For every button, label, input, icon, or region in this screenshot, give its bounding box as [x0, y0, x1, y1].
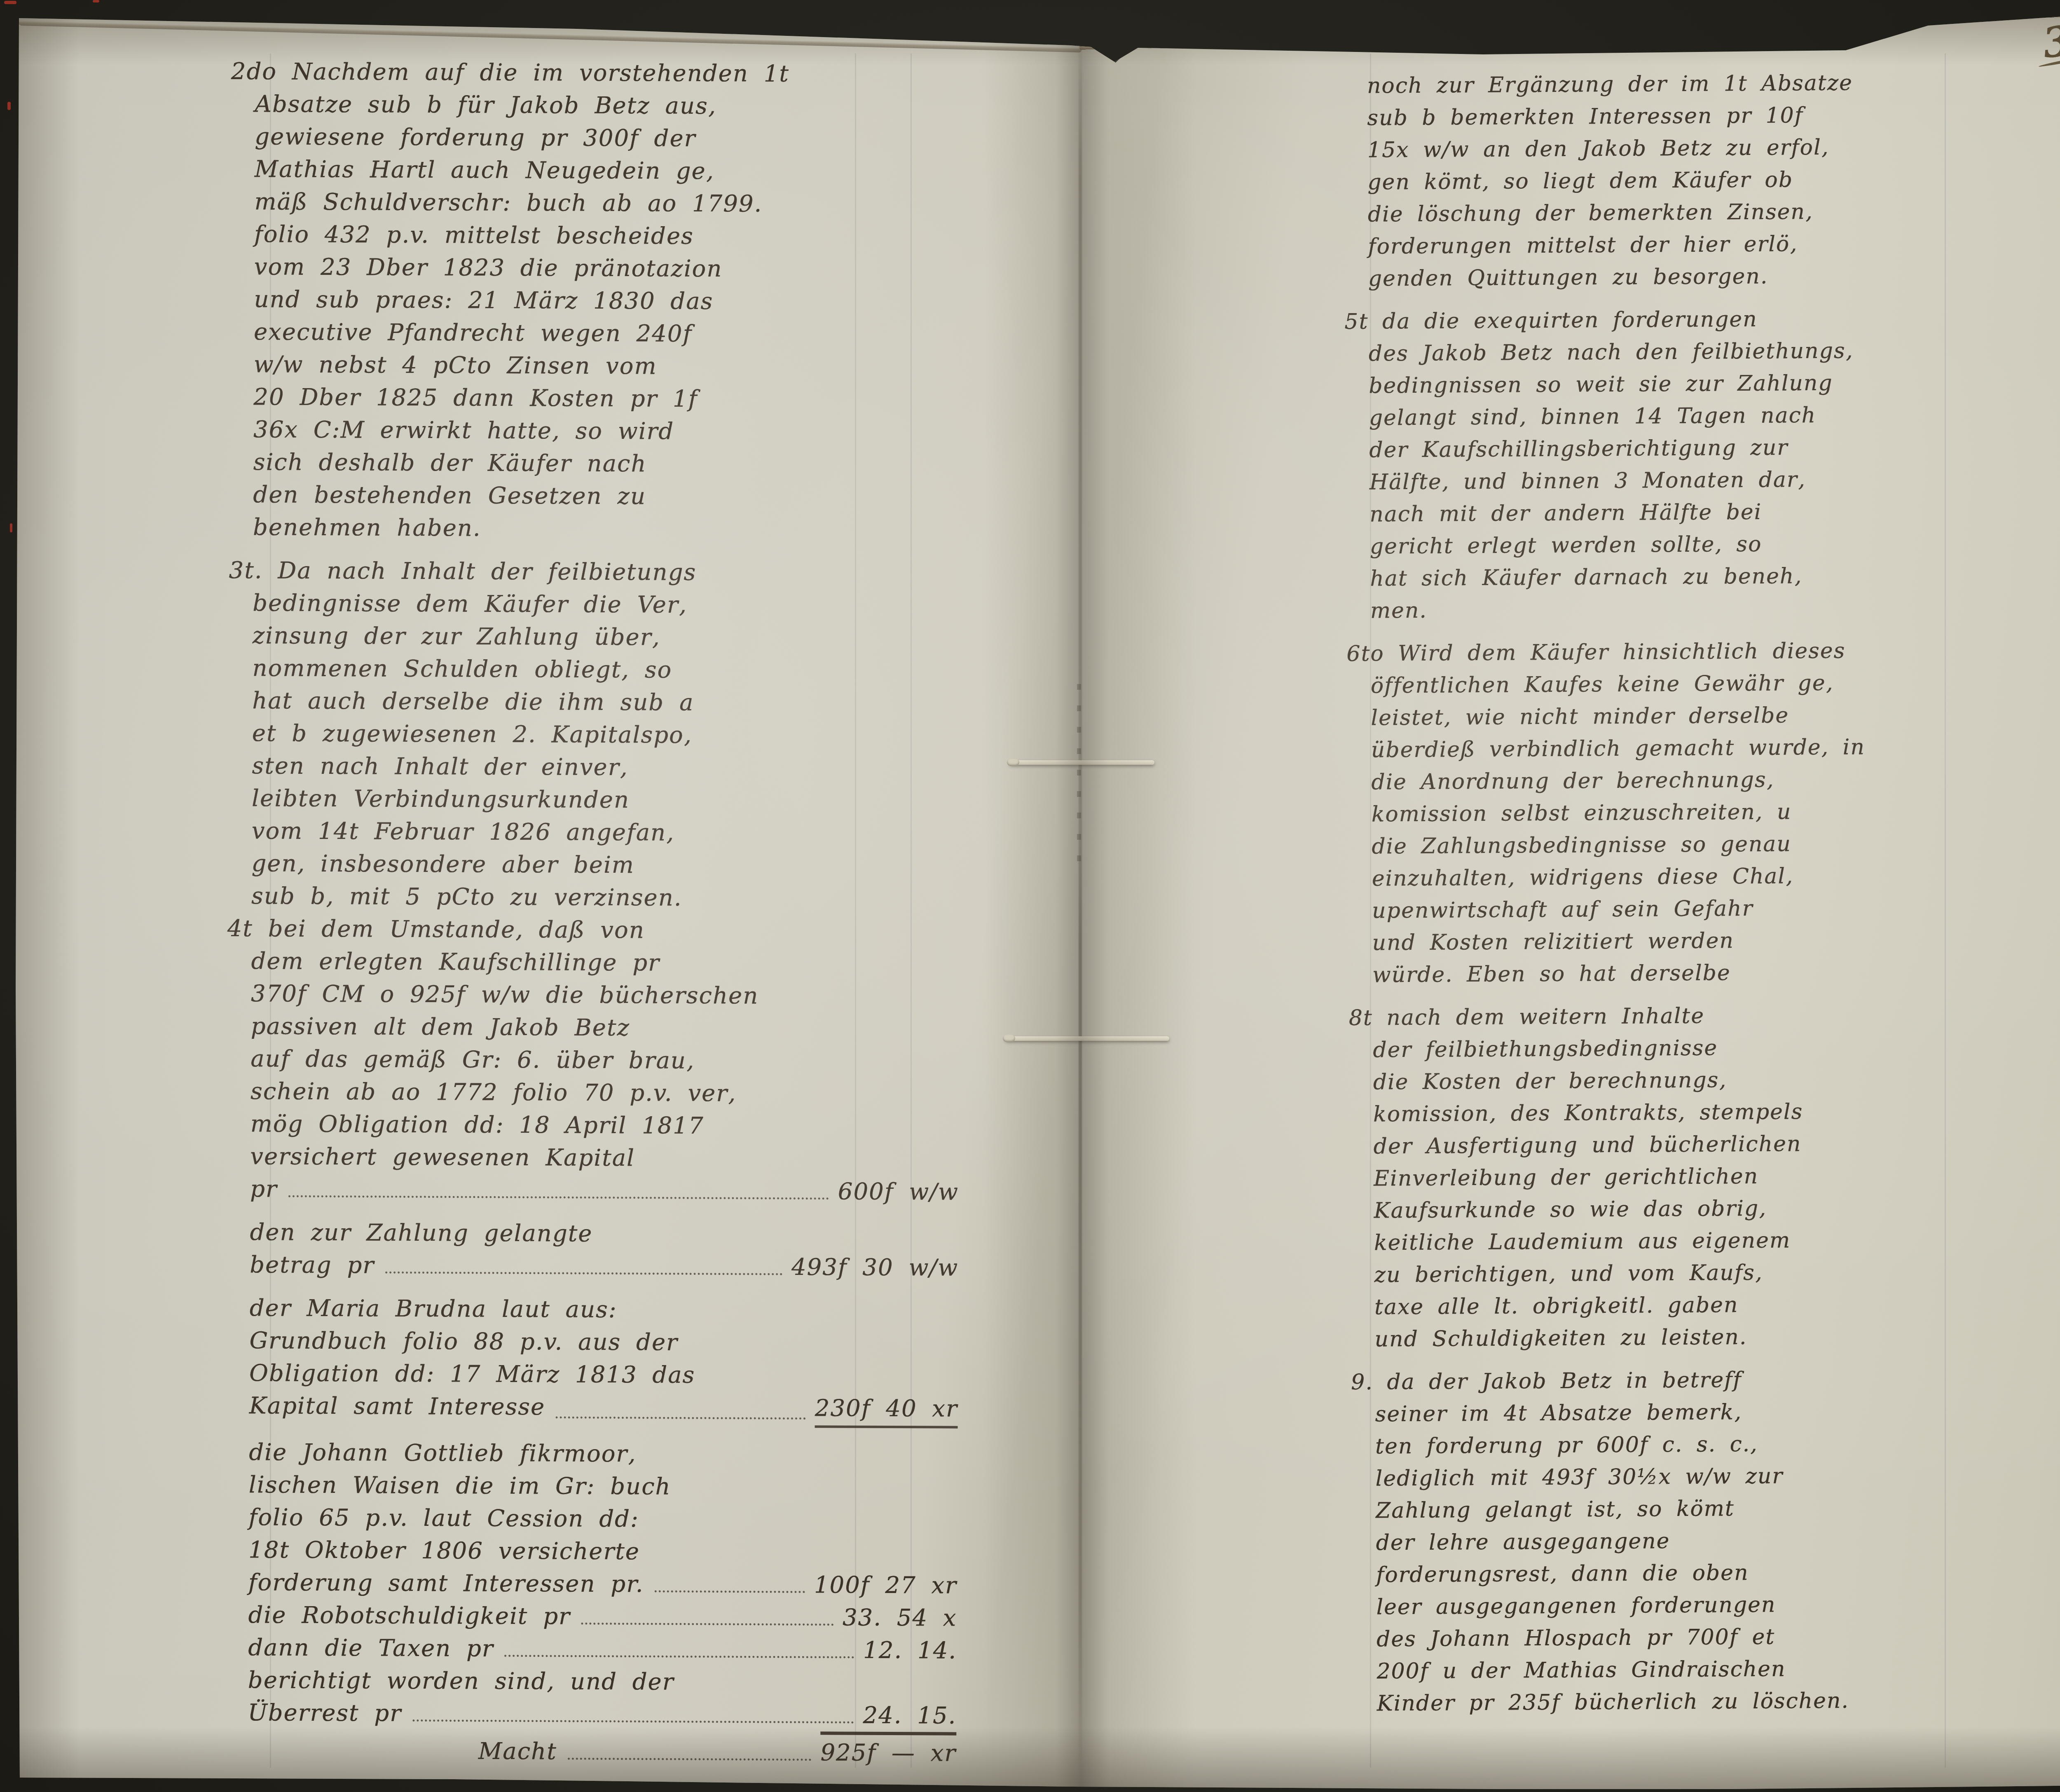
line-text: 370f CM o 925f w/w die bücherschen	[251, 977, 759, 1012]
line-text: sub b bemerkten Interessen pr 10f	[1367, 99, 1803, 134]
line-text: 5t da die exequirten forderungen	[1344, 303, 1758, 338]
left-page-text: 2do Nachdem auf die im vorstehenden 1tAb…	[248, 55, 964, 1769]
line-text: Einverleibung der gerichtlichen	[1374, 1160, 1758, 1195]
line-text: Kinder pr 235f bücherlich zu löschen.	[1377, 1684, 1849, 1719]
manuscript-line: forderung samt Interessen pr.100f 27 xr	[248, 1566, 957, 1602]
manuscript-line: bedingnisse dem Käufer die Ver‚	[253, 587, 961, 623]
manuscript-line: folio 432 p.v. mittelst bescheides	[254, 218, 963, 254]
line-text: pr	[250, 1173, 278, 1205]
amount-value: 230f 40 xr	[815, 1392, 958, 1429]
line-text: lischen Waisen die im Gr: buch	[249, 1469, 671, 1503]
dot-leader	[568, 1758, 812, 1761]
manuscript-line: 370f CM o 925f w/w die bücherschen	[251, 977, 960, 1013]
manuscript-line: 8t nach dem weitern Inhalte	[1373, 998, 1983, 1034]
line-text: die löschung der bemerkten Zinsen‚	[1368, 196, 1813, 231]
manuscript-line: seiner im 4t Absatze bemerk‚	[1375, 1394, 1985, 1430]
manuscript-line: Kinder pr 235f bücherlich zu löschen.	[1377, 1684, 1987, 1719]
manuscript-line: zinsung der zur Zahlung über‚	[253, 619, 961, 655]
manuscript-line: 4t bei dem Umstande, daß von	[251, 912, 960, 948]
manuscript-line: der feilbiethungsbedingnisse	[1373, 1030, 1983, 1066]
manuscript-line: folio 65 p.v. laut Cession dd:	[248, 1501, 957, 1537]
line-text: bedingnissen so weit sie zur Zahlung	[1369, 367, 1833, 402]
gutter-ink-smudge	[1077, 684, 1081, 861]
line-text: Mathias Hartl auch Neugedein ge‚	[255, 153, 714, 187]
manuscript-line: executive Pfandrecht wegen 240f	[254, 316, 962, 351]
manuscript-line: pr600f w/w	[250, 1173, 959, 1209]
dot-leader	[655, 1591, 805, 1593]
manuscript-line: upenwirtschaft auf sein Gefahr	[1372, 891, 1982, 927]
manuscript-line: Hälfte, und binnen 3 Monaten dar‚	[1369, 462, 1979, 498]
line-text: Absatze sub b für Jakob Betz aus‚	[255, 88, 716, 122]
manuscript-line: 6to Wird dem Käufer hinsichtlich dieses	[1370, 634, 1980, 670]
line-text: Macht	[478, 1735, 557, 1768]
line-text: gericht erlegt werden sollte, so	[1370, 528, 1762, 563]
line-text: der Ausfertigung und bücherlichen	[1374, 1128, 1802, 1162]
red-edge-mark	[10, 523, 12, 532]
line-text: Überrest pr	[248, 1696, 402, 1730]
line-text: leer ausgegangenen forderungen	[1376, 1589, 1776, 1623]
manuscript-line: versichert gewesenen Kapital	[250, 1140, 959, 1176]
manuscript-line: und Schuldigkeiten zu leisten.	[1374, 1319, 1984, 1355]
line-text: 9. da der Jakob Betz in betreff	[1351, 1364, 1742, 1398]
manuscript-line: und Kosten relizitiert werden	[1372, 923, 1982, 959]
amount-value: 600f w/w	[838, 1175, 959, 1208]
manuscript-line: 15x w/w an den Jakob Betz zu erfol‚	[1367, 131, 1977, 166]
dot-leader	[412, 1719, 854, 1724]
manuscript-line: 2do Nachdem auf die im vorstehenden 1t	[255, 55, 964, 91]
manuscript-line: noch zur Ergänzung der im 1t Absatze	[1367, 66, 1977, 102]
page-number: 38.	[2040, 11, 2060, 65]
amount-value: 24. 15.	[863, 1699, 956, 1732]
manuscript-line: und sub praes: 21 März 1830 das	[254, 283, 962, 319]
line-text: sub b, mit 5 pCto zu verzinsen.	[251, 880, 682, 914]
manuscript-line: sub b bemerkten Interessen pr 10f	[1367, 98, 1977, 134]
manuscript-line: der lehre ausgegangene	[1376, 1523, 1985, 1559]
manuscript-line: keitliche Laudemium aus eigenem	[1374, 1223, 1984, 1259]
manuscript-line: lischen Waisen die im Gr: buch	[249, 1469, 957, 1504]
line-text: der Maria Brudna laut aus:	[250, 1292, 617, 1326]
line-text: Hälfte, und binnen 3 Monaten dar‚	[1369, 464, 1806, 498]
manuscript-line: vom 14t Februar 1826 angefan‚	[252, 815, 960, 850]
line-text: leistet, wie nicht minder derselbe	[1371, 699, 1789, 734]
line-text: men.	[1370, 595, 1428, 627]
line-text: 18t Oktober 1806 versicherte	[248, 1534, 640, 1568]
line-text: sich deshalb der Käufer nach	[253, 446, 647, 480]
line-text: zinsung der zur Zahlung über‚	[253, 619, 660, 654]
line-text: die Zahlungsbedingnisse so genau	[1372, 828, 1791, 862]
manuscript-line: die Zahlungsbedingnisse so genau	[1372, 827, 1981, 862]
line-text: forderung samt Interessen pr.	[248, 1566, 644, 1600]
manuscript-line: 18t Oktober 1806 versicherte	[248, 1534, 957, 1569]
line-text: der feilbiethungsbedingnisse	[1373, 1032, 1718, 1066]
red-edge-mark	[7, 102, 11, 110]
manuscript-line: des Johann Hlospach pr 700f et	[1376, 1619, 1986, 1655]
line-text: Kaufsurkunde so wie das obrig‚	[1374, 1192, 1767, 1227]
line-text: 3t. Da nach Inhalt der feilbietungs	[229, 554, 696, 589]
line-text: hat auch derselbe die ihm sub a	[252, 684, 694, 719]
manuscript-line: zu berichtigen, und vom Kaufs‚	[1374, 1255, 1984, 1291]
manuscript-line: hat sich Käufer darnach zu beneh‚	[1370, 559, 1980, 595]
manuscript-line: w/w nebst 4 pCto Zinsen vom	[254, 348, 962, 384]
manuscript-line: passiven alt dem Jakob Betz	[251, 1010, 960, 1046]
binding-stitch-lower	[1005, 1036, 1169, 1041]
line-text: forderungsrest, dann die oben	[1376, 1557, 1749, 1591]
line-text: die Robotschuldigkeit pr	[248, 1599, 571, 1633]
manuscript-line: der Kaufschillingsberichtigung zur	[1369, 431, 1979, 466]
line-text: dann die Taxen pr	[248, 1631, 494, 1665]
line-text: überdieß verbindlich gemacht wurde, in	[1371, 731, 1865, 766]
manuscript-line: die Johann Gottlieb fikrmoor‚	[249, 1436, 957, 1472]
line-text: die Johann Gottlieb fikrmoor‚	[249, 1436, 636, 1470]
manuscript-line: die Anordnung der berechnungs‚	[1371, 762, 1981, 798]
manuscript-line: sten nach Inhalt der einver‚	[252, 750, 960, 785]
manuscript-line: genden Quittungen zu besorgen.	[1368, 259, 1978, 295]
manuscript-line: benehmen haben.	[253, 511, 962, 547]
line-text: Zahlung gelangt ist, so kömt	[1376, 1492, 1735, 1527]
manuscript-line: 3t. Da nach Inhalt der feilbietungs	[253, 554, 961, 590]
manuscript-line: Zahlung gelangt ist, so kömt	[1376, 1491, 1985, 1527]
line-text: und Schuldigkeiten zu leisten.	[1374, 1321, 1747, 1356]
manuscript-line: öffentlichen Kaufes keine Gewähr ge‚	[1371, 666, 1980, 702]
manuscript-line: vom 23 Dber 1823 die pränotazion	[254, 251, 963, 286]
line-text: vom 23 Dber 1823 die pränotazion	[254, 251, 723, 285]
line-text: des Jakob Betz nach den feilbiethungs‚	[1369, 335, 1854, 370]
line-text: folio 65 p.v. laut Cession dd:	[248, 1501, 639, 1535]
manuscript-line: schein ab ao 1772 folio 70 p.v. ver‚	[250, 1075, 959, 1111]
manuscript-line: die löschung der bemerkten Zinsen‚	[1368, 195, 1978, 231]
manuscript-line: Kaufsurkunde so wie das obrig‚	[1374, 1191, 1983, 1227]
line-text: die Kosten der berechnungs‚	[1373, 1064, 1727, 1098]
line-text: upenwirtschaft auf sein Gefahr	[1372, 892, 1753, 927]
manuscript-line: gen, insbesondere aber beim	[251, 847, 960, 883]
red-edge-mark	[4, 1, 16, 4]
line-text: der Kaufschillingsberichtigung zur	[1369, 431, 1788, 466]
dot-leader	[288, 1195, 829, 1200]
dot-leader	[556, 1416, 806, 1420]
manuscript-line: men.	[1370, 591, 1980, 627]
line-text: lediglich mit 493f 30½x w/w zur	[1375, 1460, 1783, 1495]
line-text: w/w nebst 4 pCto Zinsen vom	[254, 348, 657, 382]
line-text: 200f u der Mathias Gindraischen	[1376, 1653, 1786, 1687]
gutter-shadow-notch	[1088, 37, 1141, 63]
line-text: passiven alt dem Jakob Betz	[251, 1010, 630, 1044]
manuscript-line: die Kosten der berechnungs‚	[1373, 1062, 1983, 1098]
amount-value: 100f 27 xr	[814, 1569, 957, 1602]
line-text: zu berichtigen, und vom Kaufs‚	[1374, 1257, 1763, 1291]
line-text: 20 Dber 1825 dann Kosten pr 1f	[253, 381, 698, 415]
manuscript-line: Grundbuch folio 88 p.v. aus der	[249, 1324, 958, 1360]
manuscript-line: forderungen mittelst der hier erlö‚	[1368, 227, 1978, 263]
manuscript-line: leer ausgegangenen forderungen	[1376, 1587, 1986, 1623]
manuscript-line: mög Obligation dd: 18 April 1817	[250, 1108, 959, 1143]
manuscript-line: taxe alle lt. obrigkeitl. gaben	[1374, 1287, 1984, 1323]
line-text: vom 14t Februar 1826 angefan‚	[252, 815, 674, 849]
line-text: der lehre ausgegangene	[1376, 1525, 1670, 1559]
line-text: dem erlegten Kaufschillinge pr	[251, 945, 660, 979]
line-text: würde. Eben so hat derselbe	[1372, 957, 1731, 991]
line-text: 36x C:M erwirkt hatte, so wird	[253, 413, 674, 447]
manuscript-line: einzuhalten, widrigens diese Chal‚	[1372, 859, 1982, 895]
line-text: komission, des Kontrakts, stempels	[1373, 1096, 1803, 1130]
manuscript-line: Überrest pr24. 15.	[248, 1696, 956, 1732]
line-text: und Kosten relizitiert werden	[1372, 925, 1734, 959]
manuscript-line: komission, des Kontrakts, stempels	[1373, 1094, 1983, 1130]
manuscript-line: gen kömt, so liegt dem Käufer ob	[1367, 163, 1977, 199]
thread-knot	[1007, 759, 1019, 766]
manuscript-line: sub b, mit 5 pCto zu verzinsen.	[251, 880, 960, 916]
line-text: folio 432 p.v. mittelst bescheides	[254, 218, 694, 253]
manuscript-spread: 38. 2do Nachdem auf die im vorstehenden …	[16, 8, 2060, 1789]
line-text: öffentlichen Kaufes keine Gewähr ge‚	[1371, 667, 1834, 702]
line-text: gewiesene forderung pr 300f der	[255, 120, 696, 155]
line-text: hat sich Käufer darnach zu beneh‚	[1370, 560, 1802, 595]
manuscript-line: mäß Schuldverschr: buch ab ao 1799.	[254, 185, 963, 221]
line-text: ten forderung pr 600f c. s. c.,	[1375, 1428, 1758, 1463]
manuscript-line: der Maria Brudna laut aus:	[250, 1292, 958, 1328]
manuscript-line: gelangt sind, binnen 14 Tagen nach	[1369, 398, 1979, 434]
line-text: benehmen haben.	[253, 511, 481, 544]
line-text: sten nach Inhalt der einver‚	[252, 750, 628, 784]
manuscript-line: 36x C:M erwirkt hatte, so wird	[253, 413, 962, 449]
gutter-crease	[1079, 37, 1082, 1780]
line-text: einzuhalten, widrigens diese Chal‚	[1372, 860, 1793, 895]
line-text: gen, insbesondere aber beim	[251, 847, 634, 881]
manuscript-line: sich deshalb der Käufer nach	[253, 446, 962, 482]
manuscript-line: Einverleibung der gerichtlichen	[1374, 1159, 1983, 1195]
line-text: 8t nach dem weitern Inhalte	[1349, 1000, 1705, 1034]
manuscript-line: 200f u der Mathias Gindraischen	[1376, 1651, 1986, 1687]
line-text: auf das gemäß Gr: 6. über brau‚	[250, 1042, 695, 1077]
dot-leader	[385, 1272, 782, 1275]
manuscript-line: auf das gemäß Gr: 6. über brau‚	[250, 1042, 959, 1078]
line-text: den zur Zahlung gelangte	[250, 1216, 592, 1250]
manuscript-line: Obligation dd: 17 März 1813 das	[249, 1357, 958, 1393]
line-text: nommenen Schulden obliegt, so	[252, 652, 672, 686]
manuscript-line: leistet, wie nicht minder derselbe	[1371, 698, 1980, 734]
line-text: executive Pfandrecht wegen 240f	[254, 316, 693, 350]
line-text: versichert gewesenen Kapital	[250, 1140, 635, 1174]
amount-value: 12. 14.	[863, 1634, 957, 1667]
page-number-text: 38.	[2040, 11, 2060, 68]
line-text: seiner im 4t Absatze bemerk‚	[1375, 1396, 1742, 1430]
line-text: gen kömt, so liegt dem Käufer ob	[1367, 164, 1793, 198]
manuscript-line: nommenen Schulden obliegt, so	[252, 652, 961, 688]
amount-value: 33. 54 x	[843, 1602, 957, 1635]
line-text: et b zugewiesenen 2. Kapitalspo‚	[252, 717, 692, 752]
line-text: berichtigt worden sind, und der	[248, 1664, 674, 1698]
amount-value: 925f — xr	[820, 1731, 956, 1769]
manuscript-line: betrag pr493f 30 w/w	[250, 1249, 958, 1284]
manuscript-line: des Jakob Betz nach den feilbiethungs‚	[1369, 334, 1978, 370]
line-text: und sub praes: 21 März 1830 das	[254, 283, 713, 318]
manuscript-line: hat auch derselbe die ihm sub a	[252, 684, 961, 720]
line-text: taxe alle lt. obrigkeitl. gaben	[1374, 1289, 1739, 1323]
line-text: die Anordnung der berechnungs‚	[1371, 764, 1774, 799]
manuscript-line: Macht925f — xr	[248, 1729, 956, 1770]
manuscript-line: Kapital samt Interesse230f 40 xr	[249, 1389, 958, 1429]
manuscript-line: 9. da der Jakob Betz in betreff	[1375, 1362, 1985, 1398]
manuscript-line: den bestehenden Gesetzen zu	[253, 478, 962, 514]
dot-leader	[581, 1623, 833, 1626]
thread-knot	[1003, 1035, 1015, 1042]
line-text: nach mit der andern Hälfte bei	[1369, 496, 1762, 531]
line-text: 2do Nachdem auf die im vorstehenden 1t	[231, 55, 789, 90]
manuscript-line: lediglich mit 493f 30½x w/w zur	[1375, 1459, 1985, 1495]
manuscript-line: überdieß verbindlich gemacht wurde, in	[1371, 730, 1981, 766]
page-block-edge-top-right	[1079, 8, 2060, 51]
line-text: betrag pr	[250, 1249, 375, 1281]
manuscript-line: Absatze sub b für Jakob Betz aus‚	[255, 88, 963, 124]
line-text: noch zur Ergänzung der im 1t Absatze	[1367, 67, 1853, 102]
manuscript-line: nach mit der andern Hälfte bei	[1369, 494, 1979, 530]
manuscript-line: leibten Verbindungsurkunden	[252, 782, 960, 818]
manuscript-line: ten forderung pr 600f c. s. c.,	[1375, 1427, 1985, 1462]
book-scan: 38. 2do Nachdem auf die im vorstehenden …	[0, 0, 2060, 1792]
line-text: mög Obligation dd: 18 April 1817	[250, 1108, 704, 1142]
red-edge-mark	[93, 0, 99, 2]
line-text: forderungen mittelst der hier erlö‚	[1368, 228, 1798, 262]
line-text: Obligation dd: 17 März 1813 das	[249, 1357, 695, 1391]
right-page-text: noch zur Ergänzung der im 1t Absatzesub …	[1367, 66, 1987, 1720]
line-text: 4t bei dem Umstande, daß von	[227, 912, 645, 946]
line-text: 6to Wird dem Käufer hinsichtlich dieses	[1346, 635, 1845, 670]
manuscript-line: gewiesene forderung pr 300f der	[255, 120, 963, 156]
manuscript-line: dann die Taxen pr12. 14.	[248, 1631, 957, 1667]
line-text: schein ab ao 1772 folio 70 p.v. ver‚	[250, 1075, 736, 1110]
line-text: komission selbst einzuschreiten, u	[1372, 796, 1792, 830]
manuscript-line: 20 Dber 1825 dann Kosten pr 1f	[253, 381, 962, 417]
manuscript-line: 5t da die exequirten forderungen	[1368, 302, 1978, 338]
amount-value: 493f 30 w/w	[791, 1251, 959, 1284]
binding-stitch-upper	[1009, 760, 1154, 765]
manuscript-line: dem erlegten Kaufschillinge pr	[251, 945, 960, 981]
manuscript-line: berichtigt worden sind, und der	[248, 1664, 957, 1700]
manuscript-line: forderungsrest, dann die oben	[1376, 1555, 1986, 1591]
line-text: Grundbuch folio 88 p.v. aus der	[249, 1324, 678, 1359]
line-text: des Johann Hlospach pr 700f et	[1376, 1621, 1775, 1656]
manuscript-line: bedingnissen so weit sie zur Zahlung	[1369, 366, 1978, 402]
line-text: gelangt sind, binnen 14 Tagen nach	[1369, 399, 1817, 434]
line-text: mäß Schuldverschr: buch ab ao 1799.	[254, 185, 762, 220]
manuscript-line: der Ausfertigung und bücherlichen	[1374, 1127, 1983, 1162]
manuscript-line: Mathias Hartl auch Neugedein ge‚	[255, 153, 963, 189]
line-text: genden Quittungen zu besorgen.	[1368, 260, 1768, 295]
line-text: 15x w/w an den Jakob Betz zu erfol‚	[1367, 131, 1829, 166]
line-text: Kapital samt Interesse	[249, 1389, 545, 1423]
line-text: den bestehenden Gesetzen zu	[253, 478, 646, 513]
manuscript-line: die Robotschuldigkeit pr33. 54 x	[248, 1599, 957, 1635]
manuscript-line: gericht erlegt werden sollte, so	[1370, 527, 1980, 562]
line-text: keitliche Laudemium aus eigenem	[1374, 1224, 1791, 1259]
page-block-edge-top-left	[19, 21, 1081, 52]
manuscript-line: den zur Zahlung gelangte	[250, 1216, 958, 1252]
line-text: leibten Verbindungsurkunden	[252, 782, 630, 816]
manuscript-line: komission selbst einzuschreiten, u	[1372, 794, 1981, 830]
line-text: bedingnisse dem Käufer die Ver‚	[253, 587, 687, 621]
dot-leader	[505, 1655, 854, 1658]
manuscript-line: würde. Eben so hat derselbe	[1372, 955, 1982, 991]
manuscript-line: et b zugewiesenen 2. Kapitalspo‚	[252, 717, 961, 753]
